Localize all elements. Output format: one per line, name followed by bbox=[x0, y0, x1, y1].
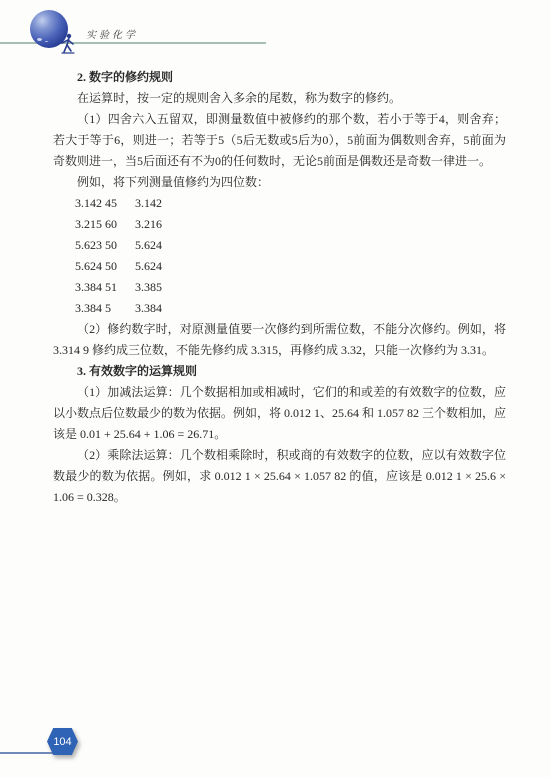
page-number-badge: 104 bbox=[47, 728, 78, 755]
example-row: 3.142 45 3.142 bbox=[75, 193, 506, 214]
original-value: 3.384 51 bbox=[75, 277, 135, 298]
original-value: 3.142 45 bbox=[75, 193, 135, 214]
book-title: 实验化学 bbox=[86, 26, 138, 41]
paragraph-muldiv-rule: （2）乘除法运算：几个数相乘除时，积或商的有效数字的位数，应以有效数字位数最少的… bbox=[53, 445, 506, 508]
paragraph-rounding-intro: 在运算时，按一定的规则舍入多余的尾数，称为数字的修约。 bbox=[53, 88, 506, 109]
rounded-value: 3.384 bbox=[135, 298, 162, 319]
rounded-value: 5.624 bbox=[135, 256, 162, 277]
example-row: 3.384 5 3.384 bbox=[75, 298, 506, 319]
section-heading-rounding-rules: 2. 数字的修约规则 bbox=[53, 67, 506, 88]
paragraph-addsub-rule: （1）加减法运算：几个数据相加或相减时，它们的和或差的有效数字的位数，应以小数点… bbox=[53, 382, 506, 445]
original-value: 3.215 60 bbox=[75, 214, 135, 235]
rounded-value: 3.142 bbox=[135, 193, 162, 214]
rounded-value: 5.624 bbox=[135, 235, 162, 256]
original-value: 3.384 5 bbox=[75, 298, 135, 319]
page-content: 2. 数字的修约规则 在运算时，按一定的规则舍入多余的尾数，称为数字的修约。 （… bbox=[53, 67, 506, 508]
original-value: 5.623 50 bbox=[75, 235, 135, 256]
paragraph-rounding-rule2: （2）修约数字时，对原测量值要一次修约到所需位数，不能分次修约。例如，将 3.3… bbox=[53, 319, 506, 361]
section-heading-operation-rules: 3. 有效数字的运算规则 bbox=[53, 361, 506, 382]
pusher-figure-icon bbox=[57, 32, 79, 56]
example-row: 3.215 60 3.216 bbox=[75, 214, 506, 235]
page-number: 104 bbox=[47, 728, 78, 755]
rounded-value: 3.385 bbox=[135, 277, 162, 298]
example-row: 3.384 51 3.385 bbox=[75, 277, 506, 298]
textbook-page: 实验化学 2. 数字的修约规则 在运算时，按一定的规则舍入多余的尾数，称为数字的… bbox=[0, 0, 550, 778]
paragraph-rounding-rule1: （1）四舍六入五留双，即测量数值中被修约的那个数，若小于等于4，则舍弃；若大于等… bbox=[53, 109, 506, 172]
paragraph-example-intro: 例如，将下列测量值修约为四位数： bbox=[53, 172, 506, 193]
original-value: 5.624 50 bbox=[75, 256, 135, 277]
example-row: 5.623 50 5.624 bbox=[75, 235, 506, 256]
rounded-value: 3.216 bbox=[135, 214, 162, 235]
example-row: 5.624 50 5.624 bbox=[75, 256, 506, 277]
rounding-examples-list: 3.142 45 3.142 3.215 60 3.216 5.623 50 5… bbox=[53, 193, 506, 319]
